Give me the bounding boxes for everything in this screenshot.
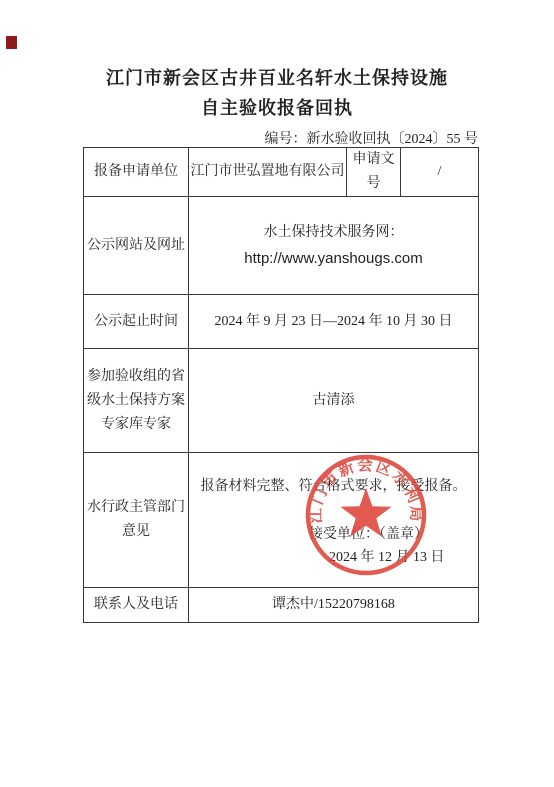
row-contact: 联系人及电话 谭杰中/15220798168 <box>84 588 479 623</box>
row-expert: 参加验收组的省 级水土保持方案 专家库专家 古清添 <box>84 349 479 453</box>
accepting-unit-line: 接受单位：（盖章） <box>309 523 428 547</box>
expert-label-line-3: 专家库专家 <box>84 413 188 437</box>
document-title: 江门市新会区古井百业名轩水土保持设施 自主验收报备回执 <box>0 63 554 123</box>
expert-label-line-1: 参加验收组的省 <box>84 365 188 389</box>
application-doc-no-value: / <box>401 148 479 197</box>
opinion-statement: 报备材料完整、符合格式要求，接受报备。 <box>189 475 478 499</box>
receipt-form-table: 报备申请单位 江门市世弘置地有限公司 申请文号 / 公示网站及网址 水土保持技术… <box>83 147 479 623</box>
row-authority-opinion: 水行政主管部门 意见 报备材料完整、符合格式要求，接受报备。 接受单位：（盖章）… <box>84 453 479 588</box>
scan-corner-mark <box>6 36 17 49</box>
expert-value: 古清添 <box>189 349 479 453</box>
applicant-value: 江门市世弘置地有限公司 <box>189 148 347 197</box>
row-publicity-period: 公示起止时间 2024 年 9 月 23 日—2024 年 10 月 30 日 <box>84 295 479 349</box>
website-label: 公示网站及网址 <box>84 197 189 295</box>
website-url: http://www.yanshougs.com <box>189 246 478 272</box>
opinion-value: 报备材料完整、符合格式要求，接受报备。 接受单位：（盖章） 2024 年 12 … <box>189 453 479 588</box>
application-doc-no-label: 申请文号 <box>347 148 401 197</box>
contact-label: 联系人及电话 <box>84 588 189 623</box>
expert-label-line-2: 级水土保持方案 <box>84 389 188 413</box>
title-line-2: 自主验收报备回执 <box>0 93 554 123</box>
expert-label: 参加验收组的省 级水土保持方案 专家库专家 <box>84 349 189 453</box>
website-value: 水土保持技术服务网： http://www.yanshougs.com <box>189 197 479 295</box>
applicant-label: 报备申请单位 <box>84 148 189 197</box>
row-publicity-website: 公示网站及网址 水土保持技术服务网： http://www.yanshougs.… <box>84 197 479 295</box>
website-name: 水土保持技术服务网： <box>189 220 478 246</box>
row-applicant: 报备申请单位 江门市世弘置地有限公司 申请文号 / <box>84 148 479 197</box>
opinion-label: 水行政主管部门 意见 <box>84 453 189 588</box>
opinion-label-line-2: 意见 <box>84 520 188 544</box>
document-number: 编号：新水验收回执〔2024〕55 号 <box>83 128 480 148</box>
period-label: 公示起止时间 <box>84 295 189 349</box>
scanned-document-page: { "title": { "line1": "江门市新会区古井百业名轩水土保持设… <box>0 0 554 787</box>
contact-value: 谭杰中/15220798168 <box>189 588 479 623</box>
opinion-label-line-1: 水行政主管部门 <box>84 496 188 520</box>
period-value: 2024 年 9 月 23 日—2024 年 10 月 30 日 <box>189 295 479 349</box>
title-line-1: 江门市新会区古井百业名轩水土保持设施 <box>0 63 554 93</box>
acceptance-date: 2024 年 12 月 13 日 <box>329 546 445 570</box>
